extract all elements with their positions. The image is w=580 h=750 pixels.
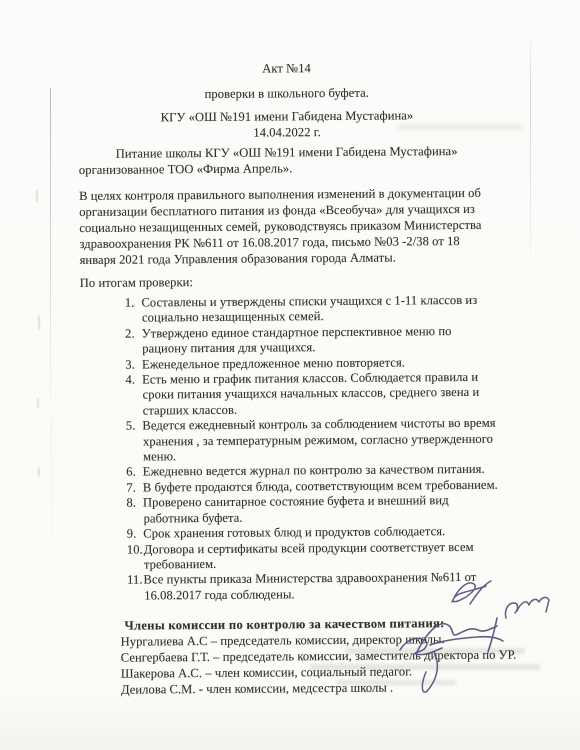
- document-date: 14.04.2022 г.: [79, 123, 496, 142]
- finding-text: Все пункты приказа Министерства здравоох…: [143, 570, 476, 602]
- finding-number: 9.: [127, 527, 137, 541]
- finding-item: 4.Есть меню и график питания классов. Со…: [125, 370, 497, 419]
- paper-edge-right: [530, 26, 531, 276]
- finding-item: 5.Ведется ежедневный контроль за соблюде…: [126, 416, 498, 465]
- finding-text: Ведется ежедневный контроль за соблюдени…: [142, 416, 495, 464]
- finding-number: 5.: [126, 419, 136, 433]
- scan-artifact: [36, 190, 38, 202]
- intro-paragraph: Питание школы КГУ «ОШ №191 имени Габиден…: [79, 143, 496, 178]
- document-body: Акт №14 проверки в школьного буфета. КГУ…: [78, 59, 500, 698]
- finding-text: Ежедневно ведется журнал по контролю за …: [143, 462, 485, 479]
- scan-artifact: [38, 468, 40, 476]
- finding-text: Срок хранения готовых блюд и продуктов с…: [143, 524, 445, 540]
- commission-section: Члены комиссии по контролю за качеством …: [120, 615, 500, 698]
- paper-edge-left-lower: [51, 420, 52, 590]
- commission-member: Сенгербаева Г.Т. – председатель комиссии…: [121, 647, 500, 666]
- intro-line: Питание школы КГУ «ОШ №191 имени Габиден…: [79, 143, 496, 162]
- finding-number: 4.: [125, 373, 135, 387]
- paper-edge-left: [50, 88, 51, 428]
- finding-number: 7.: [126, 480, 136, 494]
- finding-number: 10.: [127, 542, 143, 556]
- intro-line: организованное ТОО «Фирма Апрель».: [79, 159, 496, 178]
- finding-text: Составлены и утверждены списки учащихся …: [141, 293, 477, 325]
- purpose-paragraph: В целях контроля правильного выполнения …: [79, 185, 497, 268]
- finding-text: Еженедельное предложенное меню повторяет…: [142, 355, 405, 371]
- finding-item: 1.Составлены и утверждены списки учащихс…: [125, 293, 497, 327]
- finding-text: Есть меню и график питания классов. Собл…: [142, 370, 479, 417]
- finding-item: 10.Договора и сертификаты всей продукции…: [127, 539, 499, 573]
- finding-number: 6.: [126, 465, 136, 479]
- finding-item: 2.Утверждено единое стандартное перспект…: [125, 324, 497, 358]
- scan-artifact: [37, 398, 39, 408]
- finding-number: 2.: [125, 326, 135, 340]
- scanned-page: Акт №14 проверки в школьного буфета. КГУ…: [0, 0, 580, 750]
- finding-text: Утверждено единое стандартное перспектив…: [142, 324, 452, 356]
- results-heading: По итогам проверки:: [80, 272, 497, 291]
- finding-item: 11.Все пункты приказа Министерства здрав…: [127, 570, 499, 604]
- finding-number: 11.: [127, 573, 143, 587]
- findings-list: 1.Составлены и утверждены списки учащихс…: [125, 293, 499, 604]
- finding-text: В буфете продаются блюда, соответствующи…: [143, 478, 498, 495]
- document-title: Акт №14: [78, 59, 495, 78]
- signature-deputy-director: [505, 597, 549, 618]
- document-subtitle: проверки в школьного буфета.: [78, 84, 495, 103]
- commission-member: Деилова С.М. - член комиссии, медсестра …: [121, 679, 500, 698]
- finding-number: 1.: [125, 296, 135, 310]
- finding-text: Договора и сертификаты всей продукции со…: [144, 539, 474, 571]
- finding-number: 3.: [125, 357, 135, 371]
- finding-item: 8.Проверено санитарное состояние буфета …: [126, 493, 498, 527]
- scan-artifact: [38, 316, 40, 330]
- finding-number: 8.: [126, 496, 136, 510]
- finding-text: Проверено санитарное состояние буфета и …: [143, 493, 449, 525]
